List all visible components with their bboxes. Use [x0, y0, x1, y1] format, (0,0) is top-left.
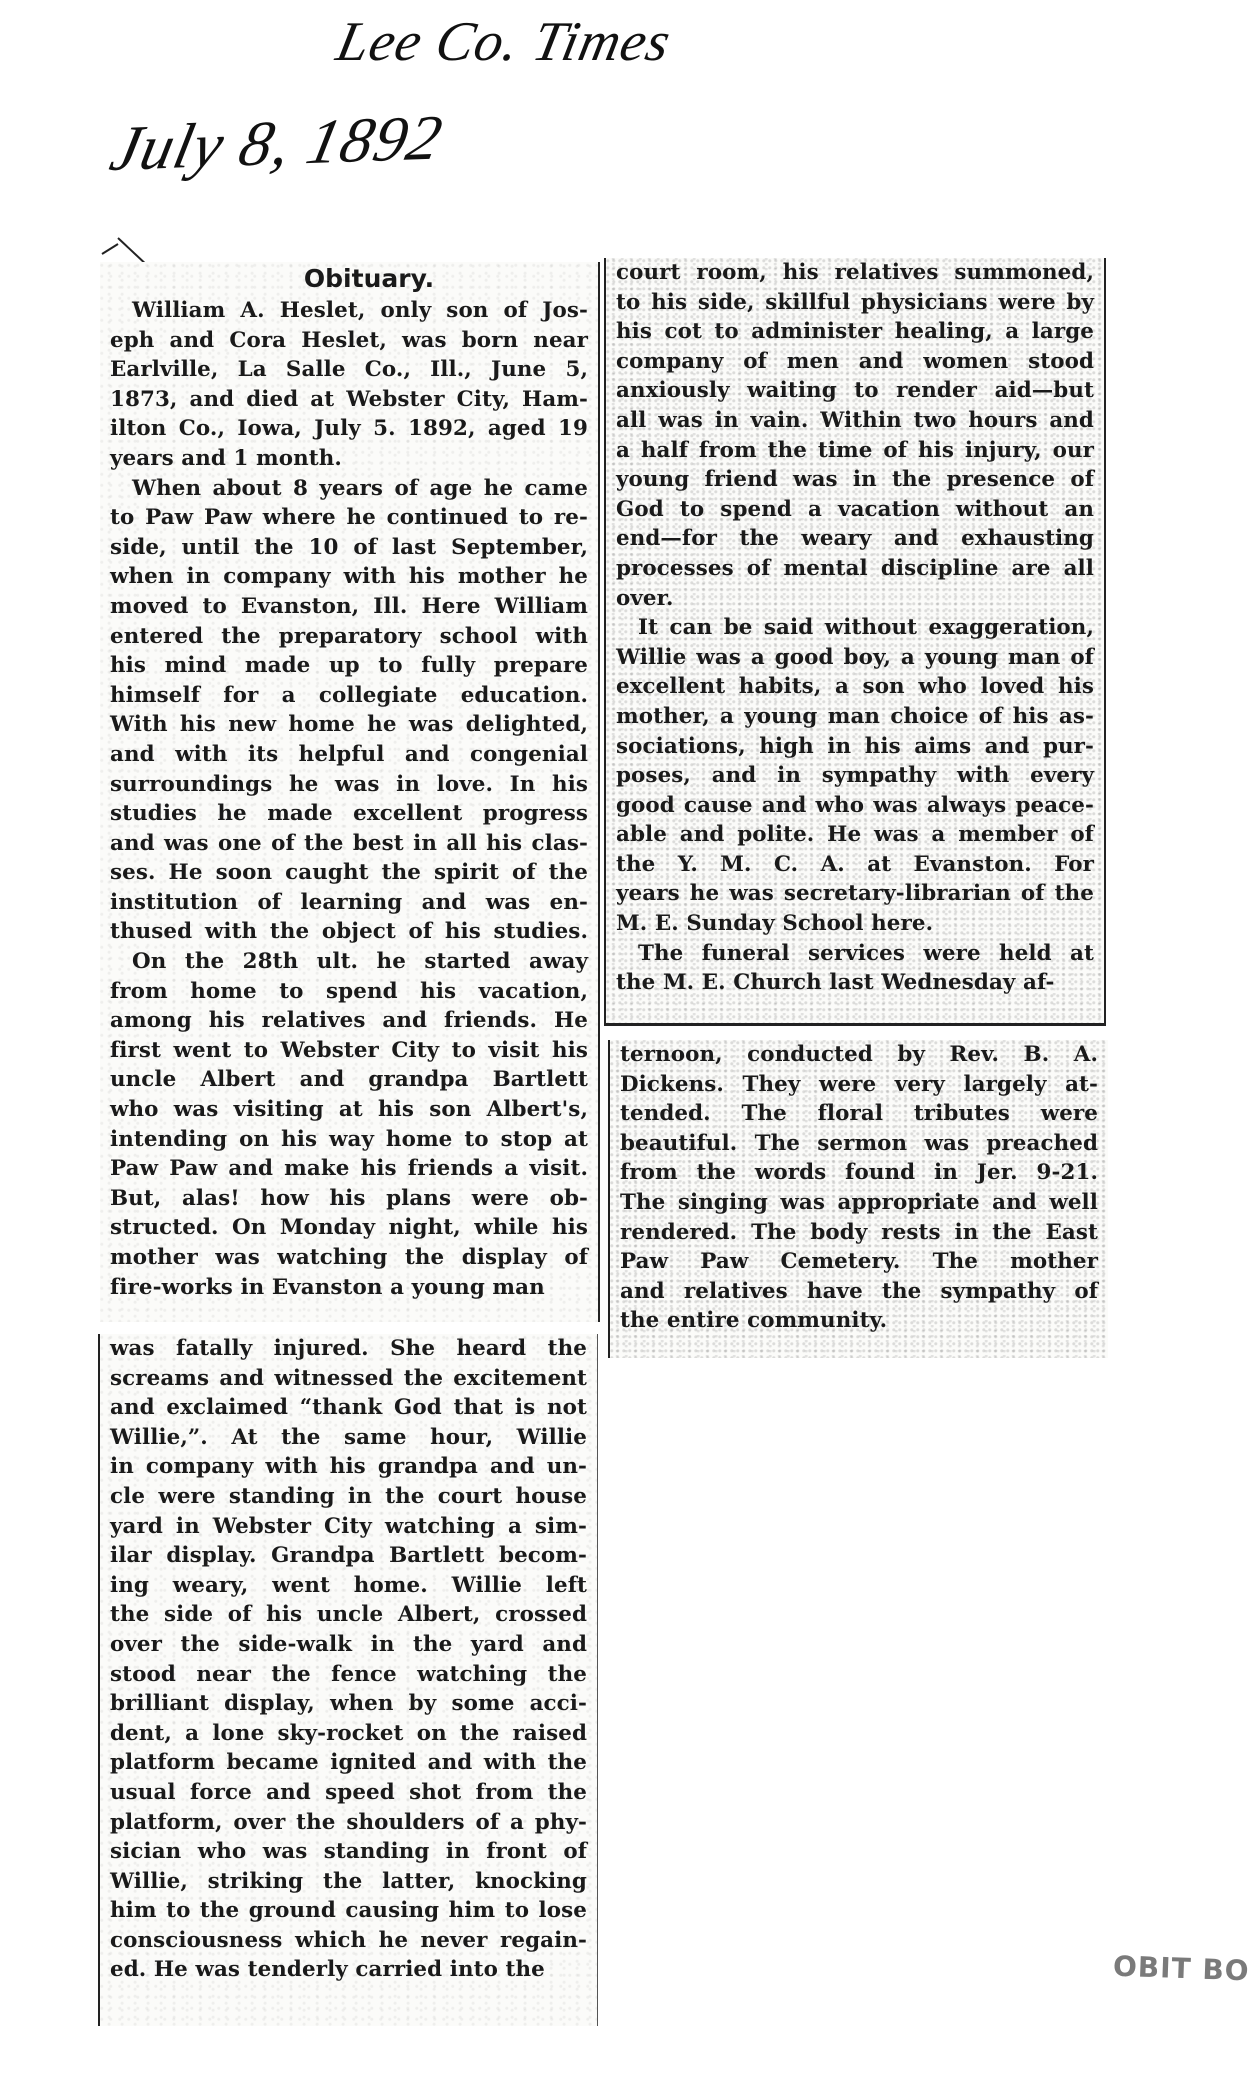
text-line: beautiful. The sermon was preached: [620, 1129, 1098, 1159]
text-line: the Y. M. C. A. at Evanston. For: [616, 850, 1094, 880]
text-line: among his relatives and friends. He: [110, 1006, 588, 1036]
text-line: On the 28th ult. he started away: [110, 947, 588, 977]
text-line: ed. He was tenderly carried into the: [110, 1955, 587, 1985]
text-line: dent, a lone sky-rocket on the raised: [110, 1719, 587, 1749]
text-line: from the words found in Jer. 9-21.: [620, 1158, 1098, 1188]
text-line: able and polite. He was a member of: [616, 820, 1094, 850]
text-line: platform, over the shoulders of a phy-: [110, 1808, 587, 1838]
text-line: good cause and who was always peace-: [616, 791, 1094, 821]
text-line: surroundings he was in love. In his: [110, 770, 588, 800]
text-line: his cot to administer healing, a large: [616, 317, 1094, 347]
text-line: moved to Evanston, Ill. Here William: [110, 592, 588, 622]
text-line: processes of mental discipline are all: [616, 554, 1094, 584]
text-line: brilliant display, when by some acci-: [110, 1689, 587, 1719]
text-line: side, until the 10 of last September,: [110, 533, 588, 563]
text-line: young friend was in the presence of: [616, 465, 1094, 495]
text-line: platform became ignited and with the: [110, 1748, 587, 1778]
clipping-column-a-top: Obituary. William A. Heslet, only son of…: [100, 262, 600, 1322]
text-line: studies he made excellent progress: [110, 799, 588, 829]
text-line: The singing was appropriate and well: [620, 1188, 1098, 1218]
text-line: stood near the fence watching the: [110, 1660, 587, 1690]
text-line: consciousness which he never regain-: [110, 1926, 587, 1956]
text-line: himself for a collegiate education.: [110, 681, 588, 711]
text-line: rendered. The body rests in the East: [620, 1218, 1098, 1248]
text-line: poses, and in sympathy with every: [616, 761, 1094, 791]
text-line: the side of his uncle Albert, crossed: [110, 1600, 587, 1630]
text-line: intending on his way home to stop at: [110, 1125, 588, 1155]
text-line: excellent habits, a son who loved his: [616, 672, 1094, 702]
text-line: from home to spend his vacation,: [110, 977, 588, 1007]
text-line: thused with the object of his studies.: [110, 917, 588, 947]
text-line: structed. On Monday night, while his: [110, 1213, 588, 1243]
text-line: and with its helpful and congenial: [110, 740, 588, 770]
obituary-heading: Obituary.: [150, 262, 588, 296]
text-line: ing weary, went home. Willie left: [110, 1571, 587, 1601]
clipping-column-a-bottom: was fatally injured. She heard thescream…: [98, 1334, 598, 2026]
text-line: sociations, high in his aims and pur-: [616, 732, 1094, 762]
handwritten-publication-name: Lee Co. Times: [331, 10, 677, 74]
text-line: uncle Albert and grandpa Bartlett: [110, 1065, 588, 1095]
text-line: sician who was standing in front of: [110, 1837, 587, 1867]
text-line: Earlville, La Salle Co., Ill., June 5,: [110, 355, 588, 385]
text-line: his mind made up to fully prepare: [110, 651, 588, 681]
text-line: usual force and speed shot from the: [110, 1778, 587, 1808]
text-line: When about 8 years of age he came: [110, 474, 588, 504]
text-line: 1873, and died at Webster City, Ham-: [110, 385, 588, 415]
text-line: yard in Webster City watching a sim-: [110, 1512, 587, 1542]
text-line: a half from the time of his injury, our: [616, 436, 1094, 466]
text-line: years he was secretary-librarian of the: [616, 879, 1094, 909]
text-line: all was in vain. Within two hours and: [616, 406, 1094, 436]
text-line: entered the preparatory school with: [110, 622, 588, 652]
text-line: who was visiting at his son Albert's,: [110, 1095, 588, 1125]
text-line: and exclaimed “thank God that is not: [110, 1393, 587, 1423]
text-line: anxiously waiting to render aid—but: [616, 376, 1094, 406]
text-line: the entire community.: [620, 1306, 1098, 1336]
text-line: ilton Co., Iowa, July 5. 1892, aged 19: [110, 414, 588, 444]
text-line: Dickens. They were very largely at-: [620, 1070, 1098, 1100]
text-line: to Paw Paw where he continued to re-: [110, 503, 588, 533]
text-line: But, alas! how his plans were ob-: [110, 1184, 588, 1214]
text-line: Paw Paw and make his friends a visit.: [110, 1154, 588, 1184]
text-line: and relatives have the sympathy of: [620, 1277, 1098, 1307]
text-line: cle were standing in the court house: [110, 1482, 587, 1512]
text-line: It can be said without exaggeration,: [616, 613, 1094, 643]
text-line: tended. The floral tributes were: [620, 1099, 1098, 1129]
text-line: to his side, skillful physicians were by: [616, 288, 1094, 318]
text-line: and was one of the best in all his clas-: [110, 829, 588, 859]
obit-book-stamp: OBIT BO: [1112, 1950, 1250, 1988]
text-line: mother was watching the display of: [110, 1243, 588, 1273]
text-line: the M. E. Church last Wednesday af-: [616, 968, 1094, 998]
text-line: him to the ground causing him to lose: [110, 1896, 587, 1926]
text-line: institution of learning and was en-: [110, 888, 588, 918]
clipping-column-b-bottom: ternoon, conducted by Rev. B. A.Dickens.…: [608, 1040, 1108, 1358]
text-line: over.: [616, 584, 1094, 614]
text-line: ses. He soon caught the spirit of the: [110, 858, 588, 888]
text-line: William A. Heslet, only son of Jos-: [110, 296, 588, 326]
text-line: screams and witnessed the excitement: [110, 1364, 587, 1394]
text-line: Willie was a good boy, a young man of: [616, 643, 1094, 673]
text-line: court room, his relatives summoned,: [616, 258, 1094, 288]
text-line: The funeral services were held at: [616, 939, 1094, 969]
text-line: ternoon, conducted by Rev. B. A.: [620, 1040, 1098, 1070]
text-line: ilar display. Grandpa Bartlett becom-: [110, 1541, 587, 1571]
text-line: mother, a young man choice of his as-: [616, 702, 1094, 732]
text-line: Willie,”. At the same hour, Willie: [110, 1423, 587, 1453]
text-line: Willie, striking the latter, knocking: [110, 1867, 587, 1897]
handwritten-date: July 8, 1892: [104, 101, 449, 186]
text-line: when in company with his mother he: [110, 562, 588, 592]
text-line: God to spend a vacation without an: [616, 495, 1094, 525]
text-line: in company with his grandpa and un-: [110, 1452, 587, 1482]
text-line: was fatally injured. She heard the: [110, 1334, 587, 1364]
text-line: Paw Paw Cemetery. The mother: [620, 1247, 1098, 1277]
text-line: over the side-walk in the yard and: [110, 1630, 587, 1660]
clipping-column-b-top: court room, his relatives summoned,to hi…: [604, 258, 1106, 1026]
text-line: With his new home he was delighted,: [110, 710, 588, 740]
text-line: end—for the weary and exhausting: [616, 524, 1094, 554]
text-line: fire-works in Evanston a young man: [110, 1273, 588, 1303]
text-line: M. E. Sunday School here.: [616, 909, 1094, 939]
text-line: years and 1 month.: [110, 444, 588, 474]
text-line: eph and Cora Heslet, was born near: [110, 326, 588, 356]
text-line: first went to Webster City to visit his: [110, 1036, 588, 1066]
text-line: company of men and women stood: [616, 347, 1094, 377]
